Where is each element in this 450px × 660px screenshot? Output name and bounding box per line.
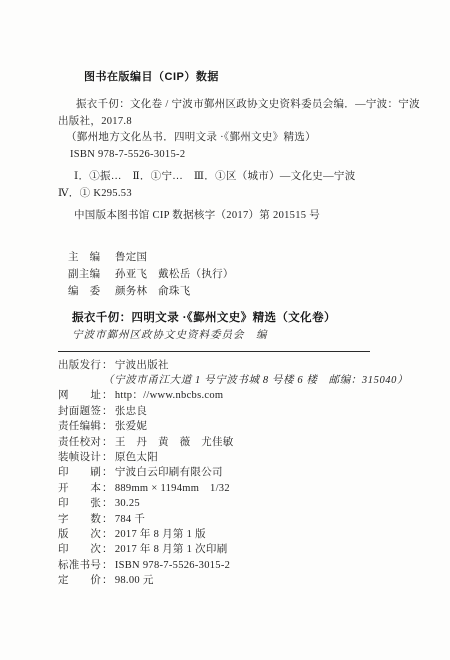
colophon-colon: ： [102,573,113,588]
colophon-row-publisher: 出版发行：宁波出版社 [58,358,410,373]
editors-block: 主 编 鲁定国 副主编 孙亚飞 戴松岳（执行） 编 委 颜务林 俞珠飞 [68,249,410,300]
colophon-value: 原色太阳 [115,452,158,463]
colophon-value: 张爱妮 [115,421,147,432]
colophon-colon: ： [102,512,113,527]
editor-role-label: 编 委 [68,283,102,300]
editor-row: 主 编 鲁定国 [68,249,410,266]
colophon-label: 网 址 [58,388,102,403]
colophon-colon: ： [102,435,113,450]
colophon-colon: ： [102,388,113,403]
cip-header: 图书在版编目（CIP）数据 [84,68,410,84]
colophon-row-sheets: 印 张：30.25 [58,496,410,511]
colophon-colon: ： [102,450,113,465]
colophon-label: 责任编辑 [58,419,102,434]
colophon-row-price: 定 价：98.00 元 [58,573,410,588]
cip-registry-line: 中国版本图书馆 CIP 数据核字（2017）第 201515 号 [74,208,410,225]
colophon-value: 宁波出版社 [115,360,169,371]
colophon-label: 版 次 [58,527,102,542]
colophon-label: 印 张 [58,496,102,511]
editor-role-label: 主 编 [68,249,102,266]
colophon-value: ISBN 978-7-5526-3015-2 [115,560,230,571]
colophon-label: 印 刷 [58,465,102,480]
title-block: 振衣千仞：四明文录 ·《鄞州文史》精选（文化卷） 宁波市鄞州区政协文史资料委员会… [58,310,410,344]
colophon-value: 宁波白云印刷有限公司 [115,467,223,478]
colophon-label: 定 价 [58,573,102,588]
divider-rule [58,351,370,352]
colophon-colon: ： [102,542,113,557]
colophon-colon: ： [102,558,113,573]
cip-record-line-1: 振衣千仞：文化卷 / 宁波市鄞州区政协文史资料委员会编．—宁波：宁波 [76,97,410,114]
colophon-colon: ： [102,496,113,511]
colophon-row-printing: 印 次：2017 年 8 月第 1 次印刷 [58,542,410,557]
colophon-colon: ： [102,404,113,419]
colophon-value: 889mm × 1194mm 1/32 [115,483,230,494]
editor-row: 编 委 颜务林 俞珠飞 [68,283,410,300]
colophon-row-word-count: 字 数：784 千 [58,512,410,527]
colophon-value: （宁波市甬江大道 1 号宁波书城 8 号楼 6 楼 邮编：315040） [103,375,408,386]
colophon-label: 装帧设计 [58,450,102,465]
colophon-value: 98.00 元 [115,575,154,586]
colophon-value: 2017 年 8 月第 1 版 [115,529,206,540]
book-title: 振衣千仞：四明文录 ·《鄞州文史》精选（文化卷） [72,310,410,327]
colophon-row-address: （宁波市甬江大道 1 号宁波书城 8 号楼 6 楼 邮编：315040） [58,373,410,388]
colophon-row-website: 网 址：http：//www.nbcbs.com [58,388,410,403]
colophon-row-design: 装帧设计：原色太阳 [58,450,410,465]
colophon-colon: ： [102,419,113,434]
colophon-value: 王 丹 黄 薇 尤佳敏 [115,437,234,448]
colophon-row-edition: 版 次：2017 年 8 月第 1 版 [58,527,410,542]
colophon-label: 出版发行 [58,358,102,373]
colophon-value: 30.25 [115,498,140,509]
copyright-page: 图书在版编目（CIP）数据 振衣千仞：文化卷 / 宁波市鄞州区政协文史资料委员会… [0,0,450,660]
colophon-row-cover-inscription: 封面题签：张忠良 [58,404,410,419]
colophon-row-printer: 印 刷：宁波白云印刷有限公司 [58,465,410,480]
cip-isbn-line: ISBN 978-7-5526-3015-2 [70,147,410,164]
editor-names: 鲁定国 [115,252,147,263]
cip-record-line-2: 出版社，2017.8 [58,114,410,131]
colophon-label: 标准书号 [58,558,102,573]
colophon-row-isbn: 标准书号：ISBN 978-7-5526-3015-2 [58,558,410,573]
colophon-label: 开 本 [58,481,102,496]
colophon-colon: ： [102,358,113,373]
colophon-label: 印 次 [58,542,102,557]
editor-row: 副主编 孙亚飞 戴松岳（执行） [68,266,410,283]
colophon-value: 张忠良 [115,406,147,417]
cip-classification-line-1: Ⅰ．①振… Ⅱ．①宁… Ⅲ．①区（城市）—文化史—宁波 [74,169,410,186]
colophon-colon: ： [102,465,113,480]
editor-names: 孙亚飞 戴松岳（执行） [115,269,234,280]
colophon-value: 784 千 [115,514,145,525]
editor-names: 颜务林 俞珠飞 [115,286,191,297]
colophon-row-editor: 责任编辑：张爱妮 [58,419,410,434]
book-byline: 宁波市鄞州区政协文史资料委员会 编 [72,327,410,344]
cip-block: 图书在版编目（CIP）数据 振衣千仞：文化卷 / 宁波市鄞州区政协文史资料委员会… [58,68,410,225]
colophon-label: 责任校对 [58,435,102,450]
colophon-block: 出版发行：宁波出版社 （宁波市甬江大道 1 号宁波书城 8 号楼 6 楼 邮编：… [58,358,410,589]
editor-role-label: 副主编 [68,266,102,283]
colophon-row-format: 开 本：889mm × 1194mm 1/32 [58,481,410,496]
colophon-colon: ： [102,481,113,496]
cip-series-line: （鄞州地方文化丛书．四明文录 ·《鄞州文史》精选） [66,130,410,147]
colophon-value: 2017 年 8 月第 1 次印刷 [115,544,228,555]
colophon-colon: ： [102,527,113,542]
colophon-row-proofreaders: 责任校对：王 丹 黄 薇 尤佳敏 [58,435,410,450]
colophon-label: 字 数 [58,512,102,527]
colophon-label: 封面题签 [58,404,102,419]
colophon-value: http：//www.nbcbs.com [115,390,224,401]
cip-classification-line-2: Ⅳ．① K295.53 [58,186,410,203]
